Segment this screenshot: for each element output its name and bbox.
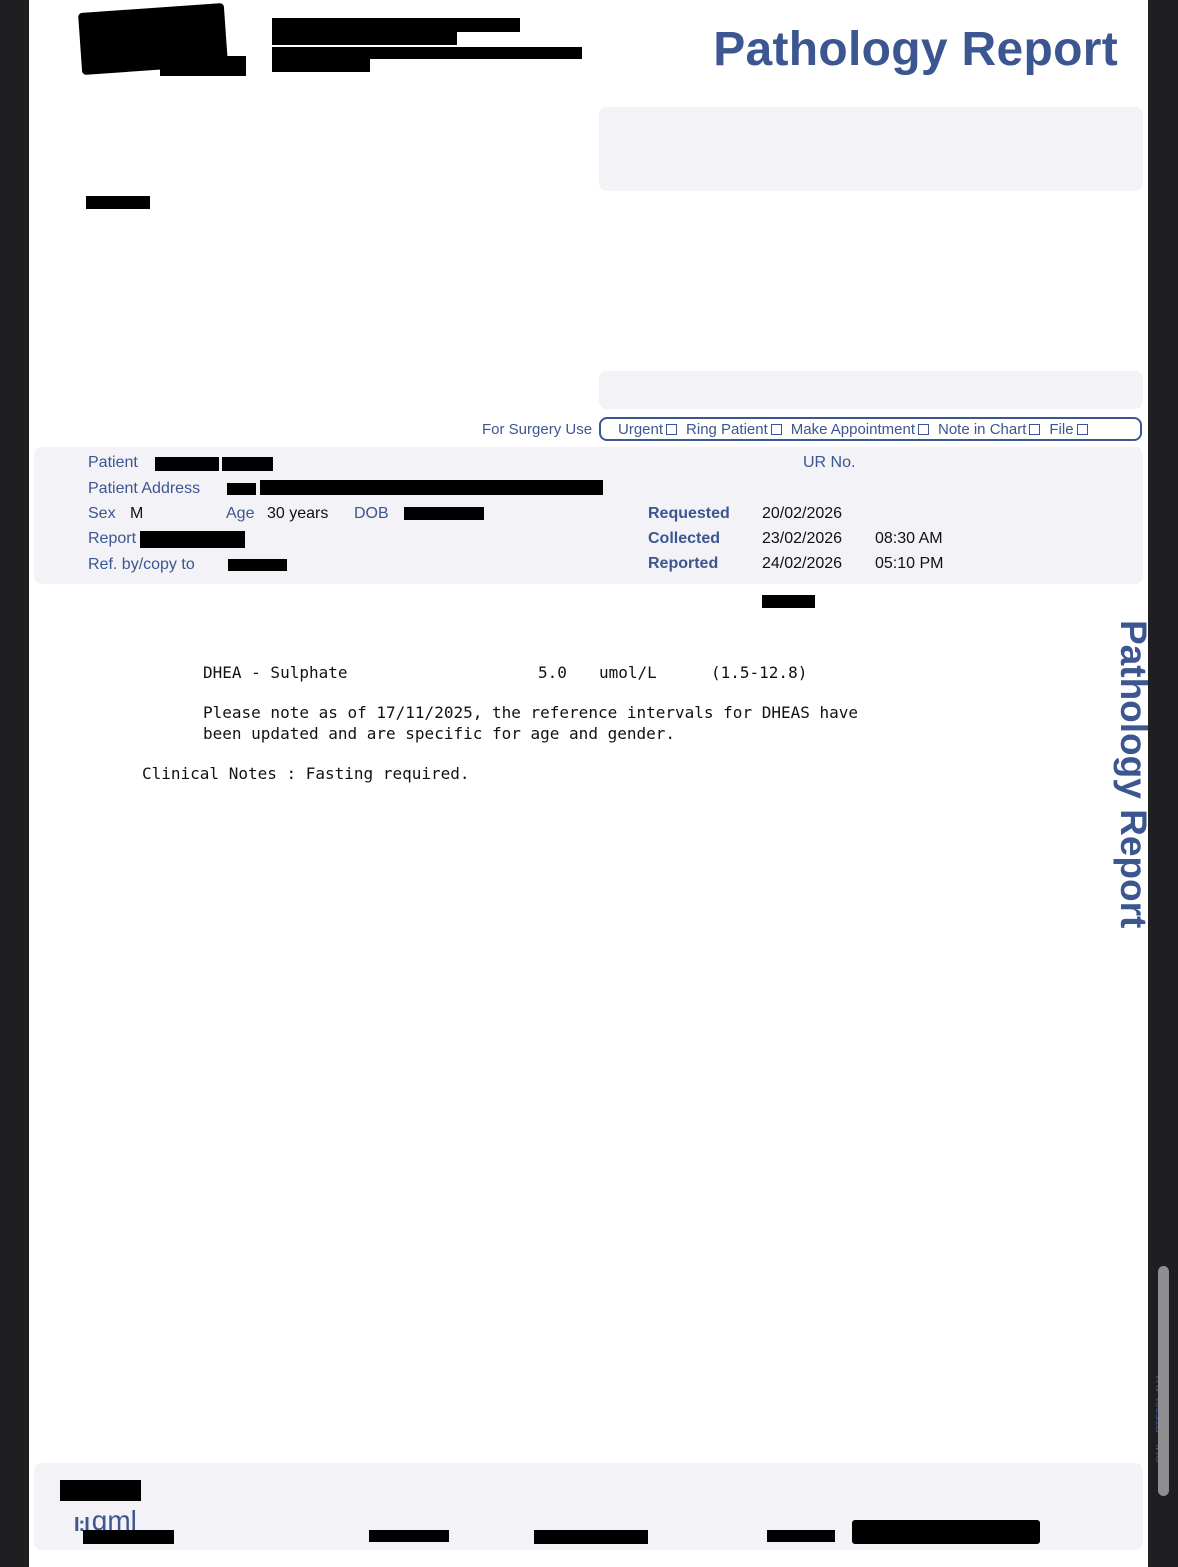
result-note-line-1: Please note as of 17/11/2025, the refere… <box>203 703 858 722</box>
age-value: 30 years <box>267 505 328 523</box>
sex-label: Sex <box>88 505 116 523</box>
redacted-footer-3 <box>534 1530 648 1544</box>
report-page: Pathology Report For Surgery Use Urgent … <box>29 0 1148 1567</box>
test-unit: umol/L <box>599 663 657 682</box>
collected-label: Collected <box>648 530 720 548</box>
redacted-lab-no <box>762 595 815 608</box>
option-make-appointment[interactable]: Make Appointment <box>791 421 929 438</box>
dob-label: DOB <box>354 505 389 523</box>
scrollbar-thumb[interactable] <box>1158 1266 1169 1496</box>
reported-time: 05:10 PM <box>875 555 943 573</box>
test-value: 5.0 <box>538 663 567 682</box>
checkbox-icon[interactable] <box>771 424 782 435</box>
redacted-footer-1 <box>83 1530 174 1544</box>
vertical-title: Pathology Report <box>1112 620 1154 928</box>
report-label: Report <box>88 530 136 548</box>
redacted-patient-first-name <box>155 457 219 471</box>
requested-label: Requested <box>648 505 730 523</box>
test-name: DHEA - Sulphate <box>203 663 348 682</box>
redacted-referrer <box>228 559 287 571</box>
redacted-dob <box>404 507 484 520</box>
result-note-line-2: been updated and are specific for age an… <box>203 724 675 743</box>
checkbox-icon[interactable] <box>1029 424 1040 435</box>
redacted-lab-address-2 <box>272 59 370 72</box>
ur-label: UR No. <box>803 454 855 472</box>
collected-date: 23/02/2026 <box>762 530 842 548</box>
patient-address-label: Patient Address <box>88 480 200 498</box>
option-urgent[interactable]: Urgent <box>618 421 677 438</box>
option-file[interactable]: File <box>1049 421 1087 438</box>
age-label: Age <box>226 505 254 523</box>
redacted-patient-last-name <box>222 457 273 471</box>
redacted-address <box>260 480 603 495</box>
redacted-footer-5 <box>852 1520 1040 1544</box>
clinical-notes: Clinical Notes : Fasting required. <box>142 764 470 783</box>
redacted-lab-address <box>272 47 582 59</box>
note-panel <box>599 371 1143 409</box>
ref-label: Ref. by/copy to <box>88 556 195 574</box>
reported-label: Reported <box>648 555 718 573</box>
collected-time: 08:30 AM <box>875 530 943 548</box>
redacted-lab-name <box>272 18 520 32</box>
redacted-report-no <box>140 531 245 548</box>
redacted-footer-4 <box>767 1530 835 1542</box>
page-title: Pathology Report <box>713 22 1118 77</box>
checkbox-icon[interactable] <box>1077 424 1088 435</box>
surgery-use-options: Urgent Ring Patient Make Appointment Not… <box>599 417 1142 441</box>
redacted-doctor <box>86 196 150 209</box>
redacted-address-unit <box>227 483 256 495</box>
test-reference-range: (1.5-12.8) <box>711 663 807 682</box>
redacted-logo-sub <box>160 56 246 76</box>
patient-label: Patient <box>88 454 138 472</box>
redacted-footer-name <box>60 1480 141 1501</box>
option-note-in-chart[interactable]: Note in Chart <box>938 421 1040 438</box>
checkbox-icon[interactable] <box>666 424 677 435</box>
surgery-use-label: For Surgery Use <box>482 421 592 438</box>
reported-date: 24/02/2026 <box>762 555 842 573</box>
sex-value: M <box>130 505 143 523</box>
address-panel <box>599 107 1143 191</box>
requested-date: 20/02/2026 <box>762 505 842 523</box>
redacted-lab-name-2 <box>272 32 457 45</box>
checkbox-icon[interactable] <box>918 424 929 435</box>
redacted-footer-2 <box>369 1530 449 1542</box>
option-ring-patient[interactable]: Ring Patient <box>686 421 782 438</box>
